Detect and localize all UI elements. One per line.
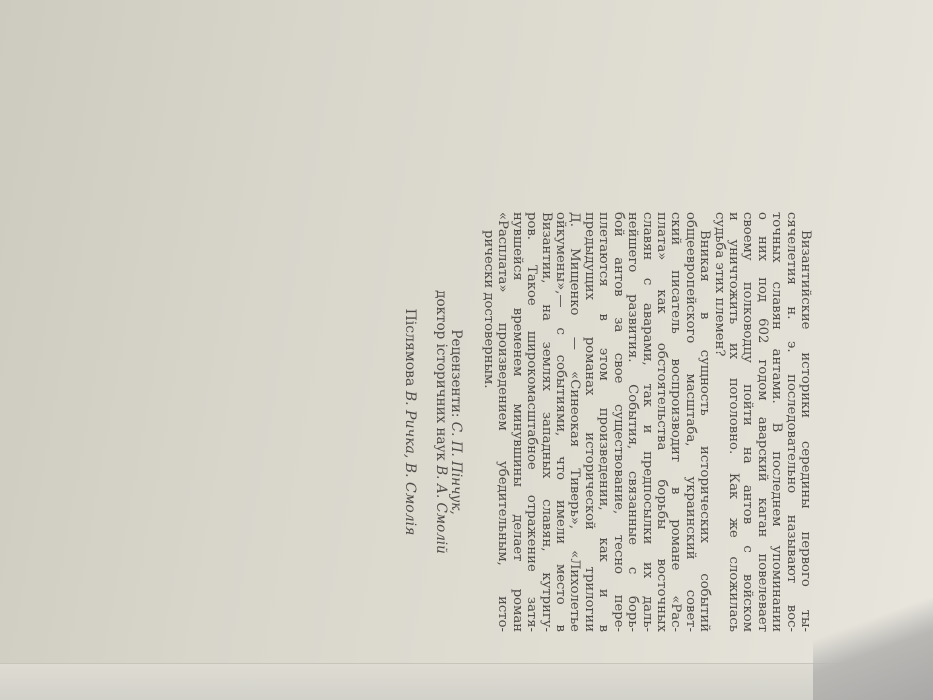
reviewer-1: С. П. Пінчук, — [448, 422, 464, 515]
reviewers-line: Рецензенти: С. П. Пінчук, — [448, 212, 463, 632]
reviewer-2: В. А. Смолій — [433, 465, 449, 554]
text-line: ойкумены»,— с событиями, что имели место… — [553, 212, 567, 632]
text-line: точных славян антами. В последнем упомин… — [769, 212, 783, 632]
text-line: «Расплата» произведением убедительным, и… — [495, 212, 509, 632]
text-line: и уничтожить их поголовно. Как же сложил… — [726, 212, 740, 632]
page-bottom-edge — [0, 663, 933, 700]
text-line: Д. Мищенко — «Синеокая Тиверь», «Лихолет… — [567, 212, 581, 632]
text-line: рически достоверным. — [481, 212, 495, 632]
reviewer-2-line: доктор історичних наук В. А. Смолій — [433, 212, 448, 632]
text-line: общеевропейского масштаба, украинский со… — [682, 212, 696, 632]
afterword-line: Післямова В. Ричка, В. Смолія — [402, 212, 417, 632]
text-line: бой антов за свое существование, тесно п… — [610, 212, 624, 632]
afterword-label: Післямова — [402, 309, 418, 387]
text-line: нейшего развития. События, связанные с б… — [625, 212, 639, 632]
text-line: ров. Такое широкомасштабное отражение за… — [524, 212, 538, 632]
text-line: своему полководцу пойти на антов с войск… — [740, 212, 754, 632]
text-line: ский писатель воспроизводит в романе «Ра… — [668, 212, 682, 632]
reviewers-label: Рецензенти: — [448, 329, 464, 417]
paragraph-2: Вникая в сущность исторических событий о… — [481, 212, 712, 632]
text-line: Византии, на землях западных славян, кут… — [538, 212, 552, 632]
text-line: славян с аварами, так и предпосылки их д… — [639, 212, 653, 632]
afterword-authors: В. Ричка, В. Смолія — [402, 391, 418, 536]
paragraph-1: Византийские историки середины первого т… — [711, 212, 812, 632]
reviewer-2-prefix: доктор історичних наук — [433, 290, 449, 461]
text-line: плата» как обстоятельства борьбы восточн… — [654, 212, 668, 632]
text-line: Вникая в сущность исторических событий — [697, 212, 711, 632]
text-line: сячелетия н. э. последовательно называют… — [783, 212, 797, 632]
text-line: о них под 602 годом аварский каган повел… — [754, 212, 768, 632]
text-line: предыдущих романах исторической трилогии — [582, 212, 596, 632]
text-line: нувшейся временем минувшины делает роман — [509, 212, 523, 632]
book-page: Византийские историки середины первого т… — [0, 0, 933, 700]
rotated-text-block: Византийские историки середины первого т… — [402, 212, 812, 632]
text-line: судьба этих племен? — [711, 212, 725, 632]
credits: Рецензенти: С. П. Пінчук, доктор історич… — [402, 212, 463, 632]
page-corner-shadow — [813, 570, 933, 700]
text-line: плетаются в этом произведении, как и в — [596, 212, 610, 632]
text-line: Византийские историки середины первого т… — [798, 212, 812, 632]
